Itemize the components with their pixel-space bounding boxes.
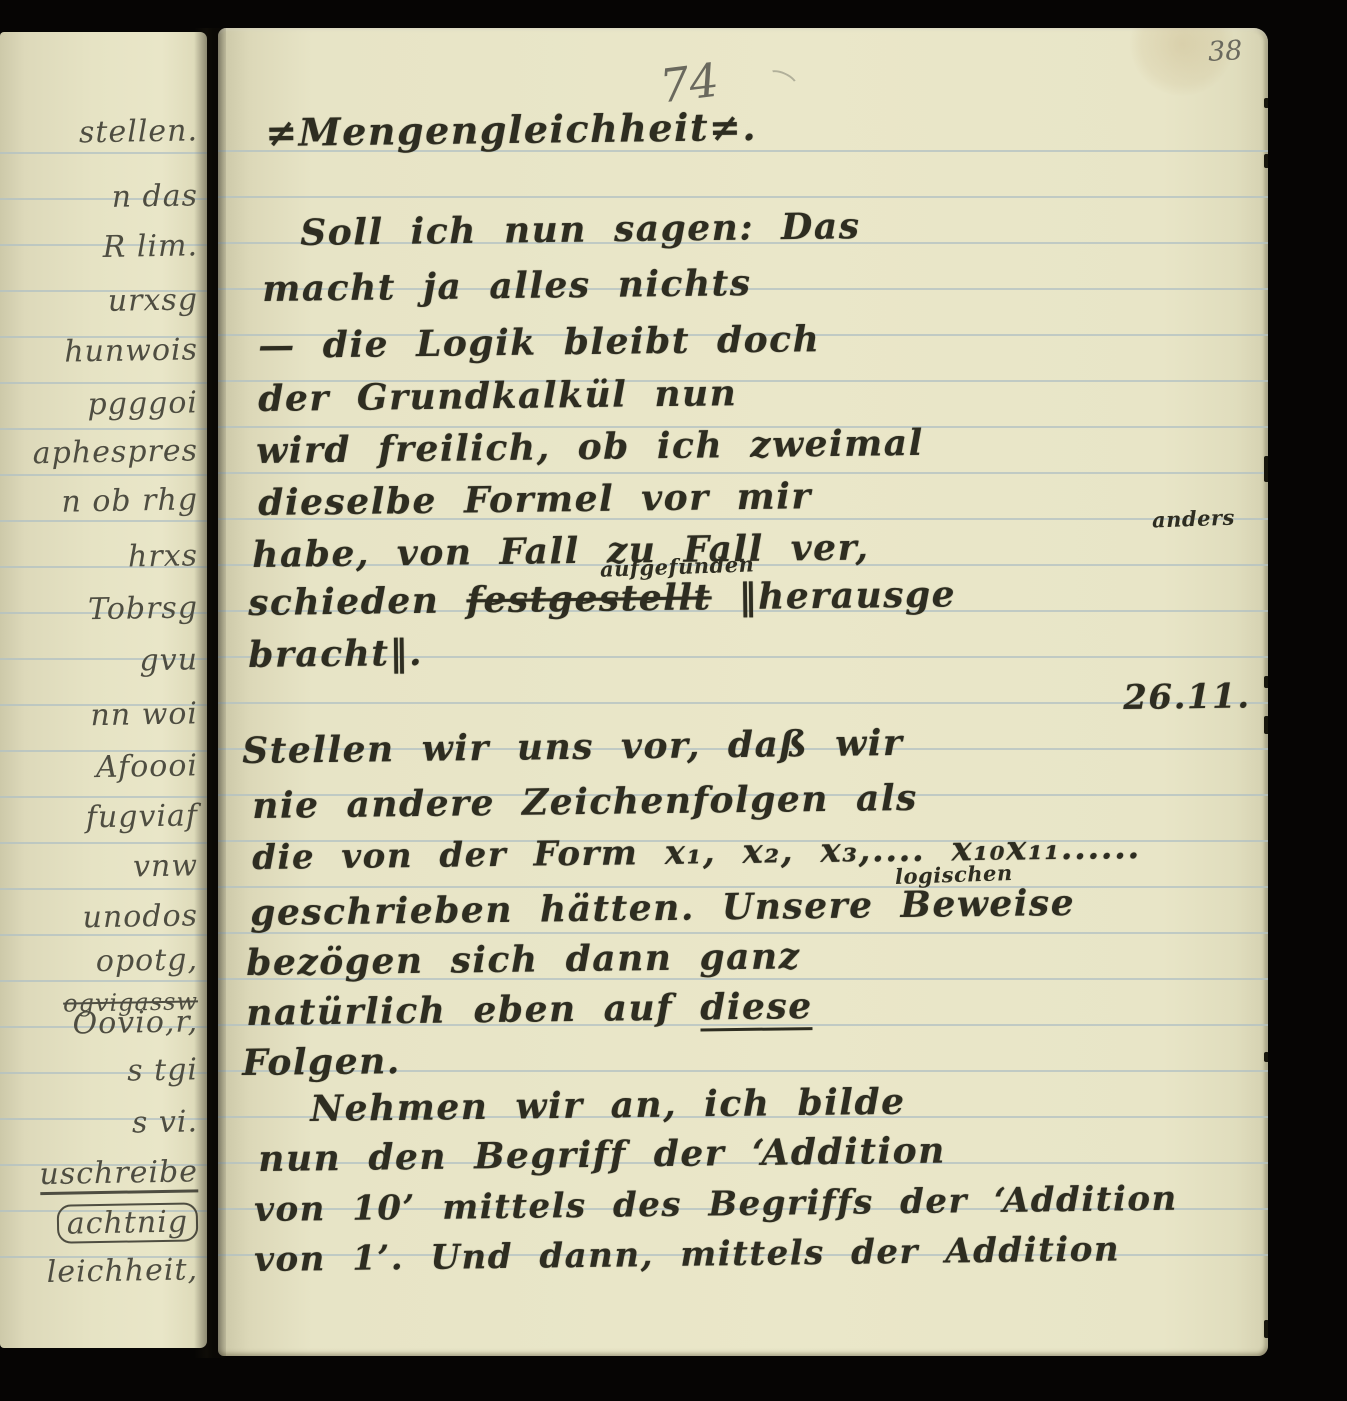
left-page-fragment: s tgi	[0, 1052, 204, 1091]
interlinear-word: logischen	[895, 860, 1013, 889]
line-part: ‖herausge	[711, 573, 956, 618]
left-page-fragment: fugviaf	[0, 798, 204, 837]
left-page-fragment: aphespres	[0, 433, 204, 472]
manuscript-line: nun den Begriff der ‘Addition	[258, 1130, 946, 1180]
manuscript-line: nie andere Zeichenfolgen als	[252, 777, 918, 827]
interlinear-word: anders	[1152, 505, 1236, 533]
struck-word: festgestellt	[466, 576, 712, 621]
manuscript-line: macht ja alles nichts	[262, 262, 752, 310]
left-page-fragment: urxsg	[0, 282, 204, 321]
left-page-fragment: stellen.	[0, 113, 204, 152]
circled-word: achtnig	[56, 1202, 198, 1243]
page-edge-speck	[1264, 716, 1268, 734]
left-page-fragment: hunwois	[0, 332, 204, 371]
left-page-fragment: s vi.	[0, 1104, 204, 1143]
left-page-fragment: nn woi	[0, 696, 204, 735]
gutter-shadow	[194, 28, 226, 1358]
main-page: 74 38 ≠Mengengleichheit≠. Soll ich nun s…	[218, 28, 1268, 1356]
page-edge-speck	[1264, 98, 1268, 108]
left-page-fragment: n das	[0, 178, 204, 217]
page-edge-speck	[1264, 676, 1268, 688]
manuscript-line: Stellen wir uns vor, daß wir	[242, 722, 904, 772]
left-page-fragment-boxed: achtnig	[0, 1202, 204, 1245]
manuscript-line: — die Logik bleibt doch	[258, 318, 820, 367]
line-part: schieden	[248, 579, 467, 624]
page-edge-speck	[1264, 1052, 1268, 1062]
page-edge-speck	[1264, 1320, 1268, 1338]
left-page-fragment: Oovio,r,	[0, 1004, 204, 1043]
manuscript-line: natürlich eben auf diese	[246, 985, 813, 1034]
manuscript-line: bracht‖.	[248, 632, 423, 676]
left-page-fragment-underlined: uschreibe	[0, 1154, 204, 1196]
manuscript-line: wird freilich, ob ich zweimal	[256, 422, 924, 472]
line-part: natürlich eben auf	[246, 986, 700, 1034]
left-page-fragment: R lim.	[0, 228, 204, 267]
manuscript-line: Soll ich nun sagen: Das	[300, 205, 861, 254]
left-page-fragment: hrxs	[0, 538, 204, 577]
pencil-smudge	[764, 66, 800, 94]
manuscript-line: der Grundkalkül nun	[258, 372, 738, 420]
section-heading: ≠Mengengleichheit≠.	[265, 104, 757, 155]
left-page-fragment: Tobrsg	[0, 590, 204, 629]
left-page-fragment: leichheit,	[0, 1252, 204, 1291]
left-page-fragment: opotg,	[0, 942, 204, 981]
left-page-fragment: n ob rhg	[0, 482, 204, 521]
left-page-fragment: Afoooi	[0, 748, 204, 787]
underlined-word: uschreibe	[39, 1154, 198, 1195]
left-page-fragment: gvu	[0, 642, 204, 681]
date-annotation: 26.11.	[1123, 676, 1251, 718]
manuscript-line: Nehmen wir an, ich bilde	[310, 1081, 906, 1130]
manuscript-line: dieselbe Formel vor mir	[258, 475, 812, 524]
left-page-fragment: unodos	[0, 898, 204, 937]
folio-number-pencil: 38	[1207, 35, 1243, 68]
page-edge-speck	[1264, 456, 1268, 482]
left-page-fragment: vnw	[0, 848, 204, 887]
underlined-word: diese	[700, 985, 813, 1031]
manuscript-line: Folgen.	[242, 1040, 401, 1084]
notebook-scan: stellen. n das R lim. urxsg hunwois pggg…	[0, 0, 1347, 1401]
left-page-fragment: pgggoi	[0, 385, 204, 424]
manuscript-line: bezögen sich dann ganz	[246, 935, 801, 984]
page-edge-speck	[1264, 154, 1268, 168]
left-page-edge: stellen. n das R lim. urxsg hunwois pggg…	[0, 32, 207, 1348]
manuscript-line: habe, von Fall zu Fall ver,	[252, 526, 870, 576]
